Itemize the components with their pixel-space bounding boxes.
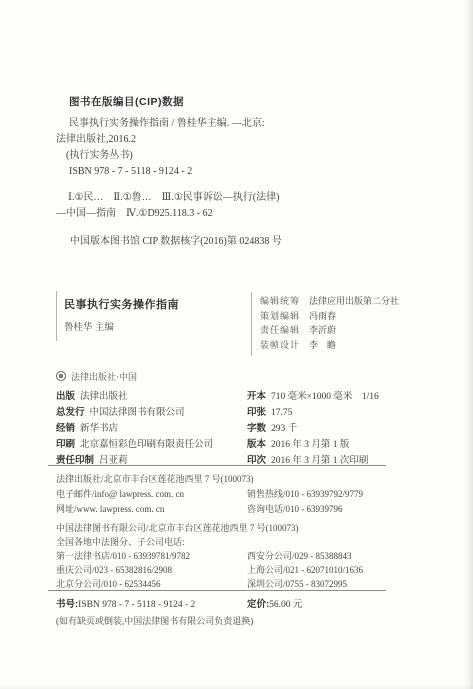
- publication-value: 中国法律图书有限公司: [90, 408, 185, 418]
- publisher-mark-line: 法律出版社·中国: [56, 370, 418, 383]
- distributor-address: 中国法律图书有限公司/北京市丰台区莲花池西里 7 号(100073): [56, 521, 418, 535]
- divider-line: [48, 590, 386, 591]
- branch-row: 第一法律书店/010 - 63939781/9782西安分公司/029 - 85…: [56, 549, 418, 563]
- staff-role-label: 编辑统筹: [260, 296, 300, 306]
- title-staff-section: 民事执行实务操作指南 鲁桂华 主编 编辑统筹法律应用出版第二分社 策划编辑冯雨春…: [56, 291, 418, 353]
- title-block: 民事执行实务操作指南 鲁桂华 主编: [56, 291, 249, 341]
- branch-phone-rows: 第一法律书店/010 - 63939781/9782西安分公司/029 - 85…: [56, 549, 418, 591]
- publication-value: 17.75: [271, 408, 292, 418]
- staff-name: 法律应用出版第二分社: [309, 296, 399, 306]
- publisher-logo-icon: [56, 371, 66, 381]
- publication-label: 版本: [247, 439, 266, 450]
- publication-label: 印刷: [56, 439, 75, 450]
- contact-left: 电子邮件/info@ lawpress. com. cn: [56, 487, 247, 502]
- publisher-mark-text: 法律出版社·中国: [71, 372, 137, 382]
- publication-row: 出版法律出版社: [56, 389, 247, 405]
- publication-row: 印次2016 年 3 月第 1 次印刷: [247, 453, 418, 469]
- publication-row: 字数293 千: [247, 421, 418, 437]
- book-author: 鲁桂华 主编: [64, 319, 249, 333]
- price-value: 56.00 元: [269, 600, 302, 610]
- publication-label: 总发行: [56, 407, 85, 418]
- publication-row: 总发行中国法律图书有限公司: [56, 405, 247, 421]
- contact-right: 销售热线/010 - 63939792/9779: [247, 487, 418, 502]
- publication-row: 开本710 毫米×1000 毫米 1/16: [247, 389, 418, 405]
- publication-label: 字数: [247, 423, 266, 434]
- book-number-value: ISBN 978 - 7 - 5118 - 9124 - 2: [78, 600, 195, 610]
- publication-value: 法律出版社: [80, 392, 128, 402]
- staff-role-label: 装帧设计: [260, 340, 300, 350]
- publication-left-column: 出版法律出版社 总发行中国法律图书有限公司 经销新华书店 印刷北京嘉恒彩色印刷有…: [56, 389, 247, 469]
- book-number: 书号:ISBN 978 - 7 - 5118 - 9124 - 2: [56, 596, 247, 610]
- staff-row: 策划编辑冯雨春: [260, 309, 399, 324]
- publication-label: 印张: [247, 407, 266, 418]
- publisher-contact-section: 法律出版社/北京市丰台区莲花池西里 7 号(100073) 电子邮件/info@…: [56, 472, 418, 517]
- staff-role-label: 责任编辑: [260, 325, 300, 335]
- branch-right: 上海公司/021 - 62071010/1636: [247, 563, 418, 577]
- branch-left: 北京分公司/010 - 62534456: [56, 577, 247, 591]
- branch-right: 西安分公司/029 - 85388843: [247, 549, 418, 563]
- cip-series-line: (执行实务丛书): [56, 148, 418, 164]
- branch-row: 北京分公司/010 - 62534456深圳公司/0755 - 83072995: [56, 577, 418, 591]
- publication-row: 印张17.75: [247, 405, 418, 421]
- cip-heading: 图书在版编目(CIP)数据: [56, 94, 418, 110]
- publication-value: 710 毫米×1000 毫米 1/16: [271, 392, 379, 402]
- price: 定价:56.00 元: [247, 596, 418, 610]
- publication-label: 经销: [56, 423, 75, 434]
- branch-right: 深圳公司/0755 - 83072995: [247, 577, 418, 591]
- publication-row: 版本2016 年 3 月第 1 版: [247, 437, 418, 453]
- publication-value: 293 千: [271, 424, 297, 434]
- staff-role-label: 策划编辑: [260, 311, 300, 321]
- cip-classification-line-2: —中国—指南 Ⅳ.①D925.118.3 - 62: [56, 206, 418, 222]
- publication-details: 出版法律出版社 总发行中国法律图书有限公司 经销新华书店 印刷北京嘉恒彩色印刷有…: [56, 389, 418, 469]
- branch-phones-intro: 全国各地中法图分、子公司电话:: [56, 535, 418, 549]
- staff-row: 责任编辑李沂蔚: [260, 323, 399, 338]
- publication-value: 2016 年 3 月第 1 版: [271, 440, 349, 450]
- branch-left: 第一法律书店/010 - 63939781/9782: [56, 549, 247, 563]
- copyright-page: 图书在版编目(CIP)数据 民事执行实务操作指南 / 鲁桂华主编. —北京: 法…: [0, 0, 473, 689]
- publication-right-column: 开本710 毫米×1000 毫米 1/16 印张17.75 字数293 千 版本…: [247, 389, 418, 469]
- publication-row: 印刷北京嘉恒彩色印刷有限责任公司: [56, 437, 247, 453]
- publisher-address: 法律出版社/北京市丰台区莲花池西里 7 号(100073): [56, 472, 418, 487]
- branch-left: 重庆公司/023 - 65382816/2908: [56, 563, 247, 577]
- publication-label: 出版: [56, 391, 75, 402]
- contact-row: 网址/www. lawpress. com. cn咨询电话/010 - 6393…: [56, 502, 418, 517]
- cip-classification-line-1: Ⅰ.①民… Ⅱ.①鲁… Ⅲ.①民事诉讼—执行(法律): [56, 190, 418, 206]
- staff-name: 李 瞻: [309, 340, 336, 350]
- contact-right: 咨询电话/010 - 63939796: [247, 502, 418, 517]
- publication-value: 北京嘉恒彩色印刷有限责任公司: [80, 440, 213, 450]
- staff-name: 冯雨春: [309, 311, 336, 321]
- book-number-label: 书号:: [56, 599, 78, 610]
- book-title: 民事执行实务操作指南: [64, 296, 249, 312]
- publication-row: 责任印制吕亚莉: [56, 453, 247, 469]
- cip-isbn-line: ISBN 978 - 7 - 5118 - 9124 - 2: [56, 164, 418, 180]
- reprint-note: (如有缺页或倒装,中国法律图书有限公司负责退换): [56, 614, 418, 627]
- divider-line: [48, 465, 386, 466]
- staff-row: 装帧设计李 瞻: [260, 338, 399, 353]
- cip-registry-line: 中国版本图书馆 CIP 数据核字(2016)第 024838 号: [56, 234, 418, 250]
- contact-row: 电子邮件/info@ lawpress. com. cn销售热线/010 - 6…: [56, 487, 418, 502]
- cip-record-line-2: 法律出版社,2016.2: [56, 132, 418, 148]
- price-label: 定价:: [247, 599, 269, 610]
- publication-row: 经销新华书店: [56, 421, 247, 437]
- staff-name: 李沂蔚: [309, 325, 336, 335]
- branch-row: 重庆公司/023 - 65382816/2908上海公司/021 - 62071…: [56, 563, 418, 577]
- cip-record-line-1: 民事执行实务操作指南 / 鲁桂华主编. —北京:: [56, 116, 418, 132]
- footer-section: 书号:ISBN 978 - 7 - 5118 - 9124 - 2 定价:56.…: [56, 596, 418, 627]
- contact-left: 网址/www. lawpress. com. cn: [56, 502, 247, 517]
- publisher-contact-rows: 电子邮件/info@ lawpress. com. cn销售热线/010 - 6…: [56, 487, 418, 517]
- staff-row: 编辑统筹法律应用出版第二分社: [260, 294, 399, 309]
- publication-value: 新华书店: [80, 424, 118, 434]
- distributor-section: 中国法律图书有限公司/北京市丰台区莲花池西里 7 号(100073) 全国各地中…: [56, 521, 418, 591]
- staff-credits: 编辑统筹法律应用出版第二分社 策划编辑冯雨春 责任编辑李沂蔚 装帧设计李 瞻: [251, 292, 399, 356]
- publication-label: 开本: [247, 391, 266, 402]
- cip-section: 图书在版编目(CIP)数据 民事执行实务操作指南 / 鲁桂华主编. —北京: 法…: [56, 94, 418, 250]
